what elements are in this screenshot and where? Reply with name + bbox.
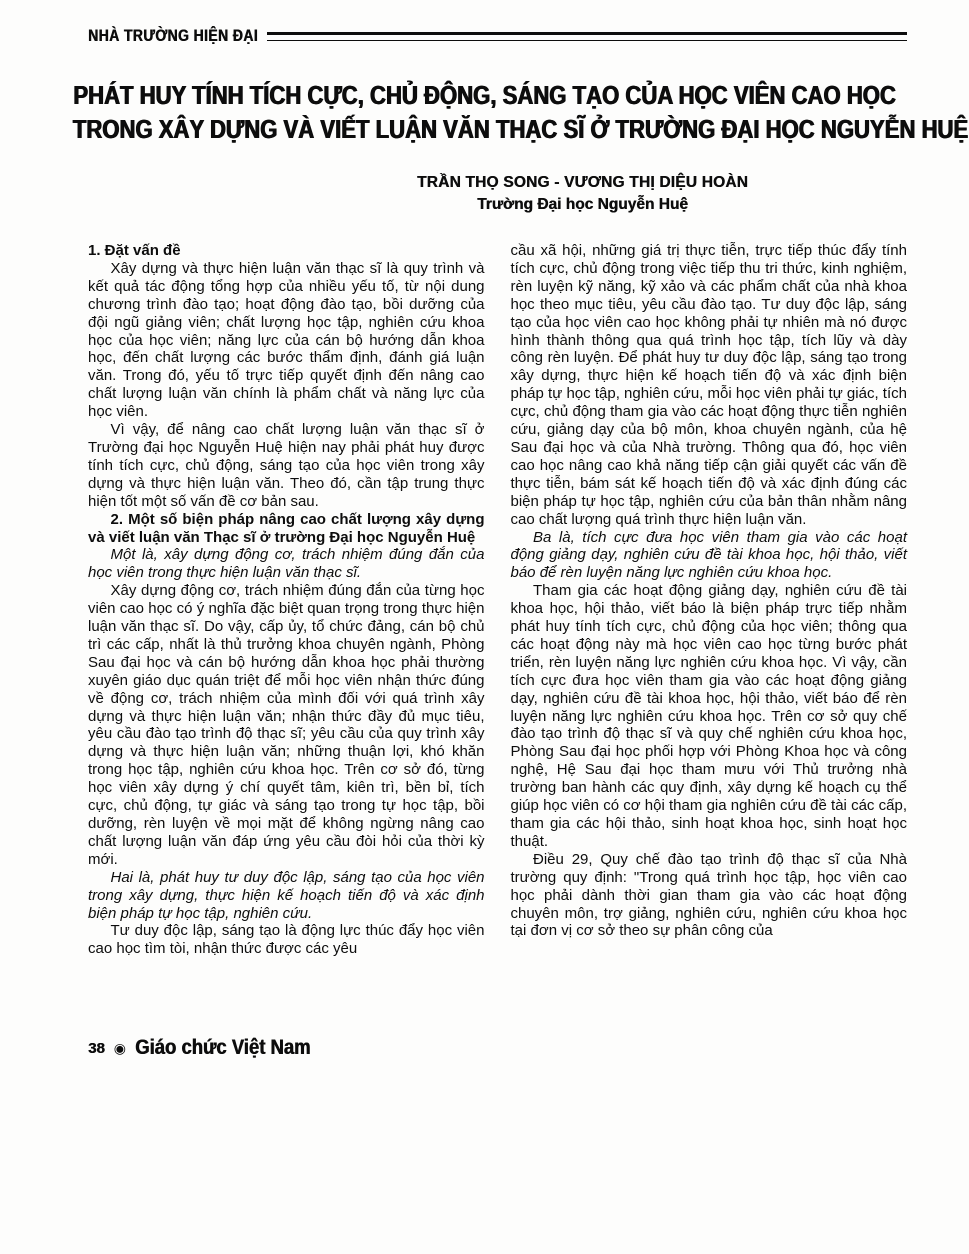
right-column: cầu xã hội, những giá trị thực tiễn, trự… xyxy=(511,242,908,958)
paragraph-italic: Hai là, phát huy tư duy độc lập, sáng tạ… xyxy=(88,869,485,923)
paragraph: Tư duy độc lập, sáng tạo là động lực thú… xyxy=(88,922,485,958)
journal-name: Giáo chức Việt Nam xyxy=(135,1036,310,1060)
section-1-heading: 1. Đặt vấn đề xyxy=(88,242,485,260)
paragraph: Điều 29, Quy chế đào tạo trình độ thạc s… xyxy=(511,851,908,941)
paragraph: Vì vậy, để nâng cao chất lượng luận văn … xyxy=(88,421,485,511)
paragraph: Xây dựng và thực hiện luận văn thạc sĩ l… xyxy=(88,260,485,421)
paragraph: Xây dựng động cơ, trách nhiệm đúng đắn c… xyxy=(88,582,485,869)
scanned-page: NHÀ TRƯỜNG HIỆN ĐẠI PHÁT HUY TÍNH TÍCH C… xyxy=(0,0,969,1254)
journal-bullet-icon: ◉ xyxy=(114,1041,126,1055)
header-rule xyxy=(267,32,907,41)
section-2-heading: 2. Một số biện pháp nâng cao chất lượng … xyxy=(88,511,485,547)
running-head: NHÀ TRƯỜNG HIỆN ĐẠI xyxy=(0,0,969,46)
article-title: PHÁT HUY TÍNH TÍCH CỰC, CHỦ ĐỘNG, SÁNG T… xyxy=(0,78,969,146)
byline: TRẦN THỌ SONG - VƯƠNG THỊ DIỆU HOÀN Trườ… xyxy=(0,174,969,214)
left-column: 1. Đặt vấn đề Xây dựng và thực hiện luận… xyxy=(88,242,485,958)
paragraph-continuation: cầu xã hội, những giá trị thực tiễn, trự… xyxy=(511,242,908,529)
page-footer: 38 ◉ Giáo chức Việt Nam xyxy=(88,1036,334,1060)
page-number: 38 xyxy=(88,1040,105,1057)
paragraph-italic: Ba là, tích cực đưa học viên tham gia và… xyxy=(511,529,908,583)
affiliation: Trường Đại học Nguyễn Huệ xyxy=(228,196,937,214)
article-body: 1. Đặt vấn đề Xây dựng và thực hiện luận… xyxy=(0,214,969,958)
section-label: NHÀ TRƯỜNG HIỆN ĐẠI xyxy=(88,26,258,46)
article-title-line2: TRONG XÂY DỰNG VÀ VIẾT LUẬN VĂN THẠC SĨ … xyxy=(73,112,897,146)
authors: TRẦN THỌ SONG - VƯƠNG THỊ DIỆU HOÀN xyxy=(228,174,937,192)
paragraph: Tham gia các hoạt động giảng dạy, nghiên… xyxy=(511,582,908,851)
paragraph-italic: Một là, xây dựng động cơ, trách nhiệm đú… xyxy=(88,546,485,582)
article-title-line1: PHÁT HUY TÍNH TÍCH CỰC, CHỦ ĐỘNG, SÁNG T… xyxy=(73,78,897,112)
